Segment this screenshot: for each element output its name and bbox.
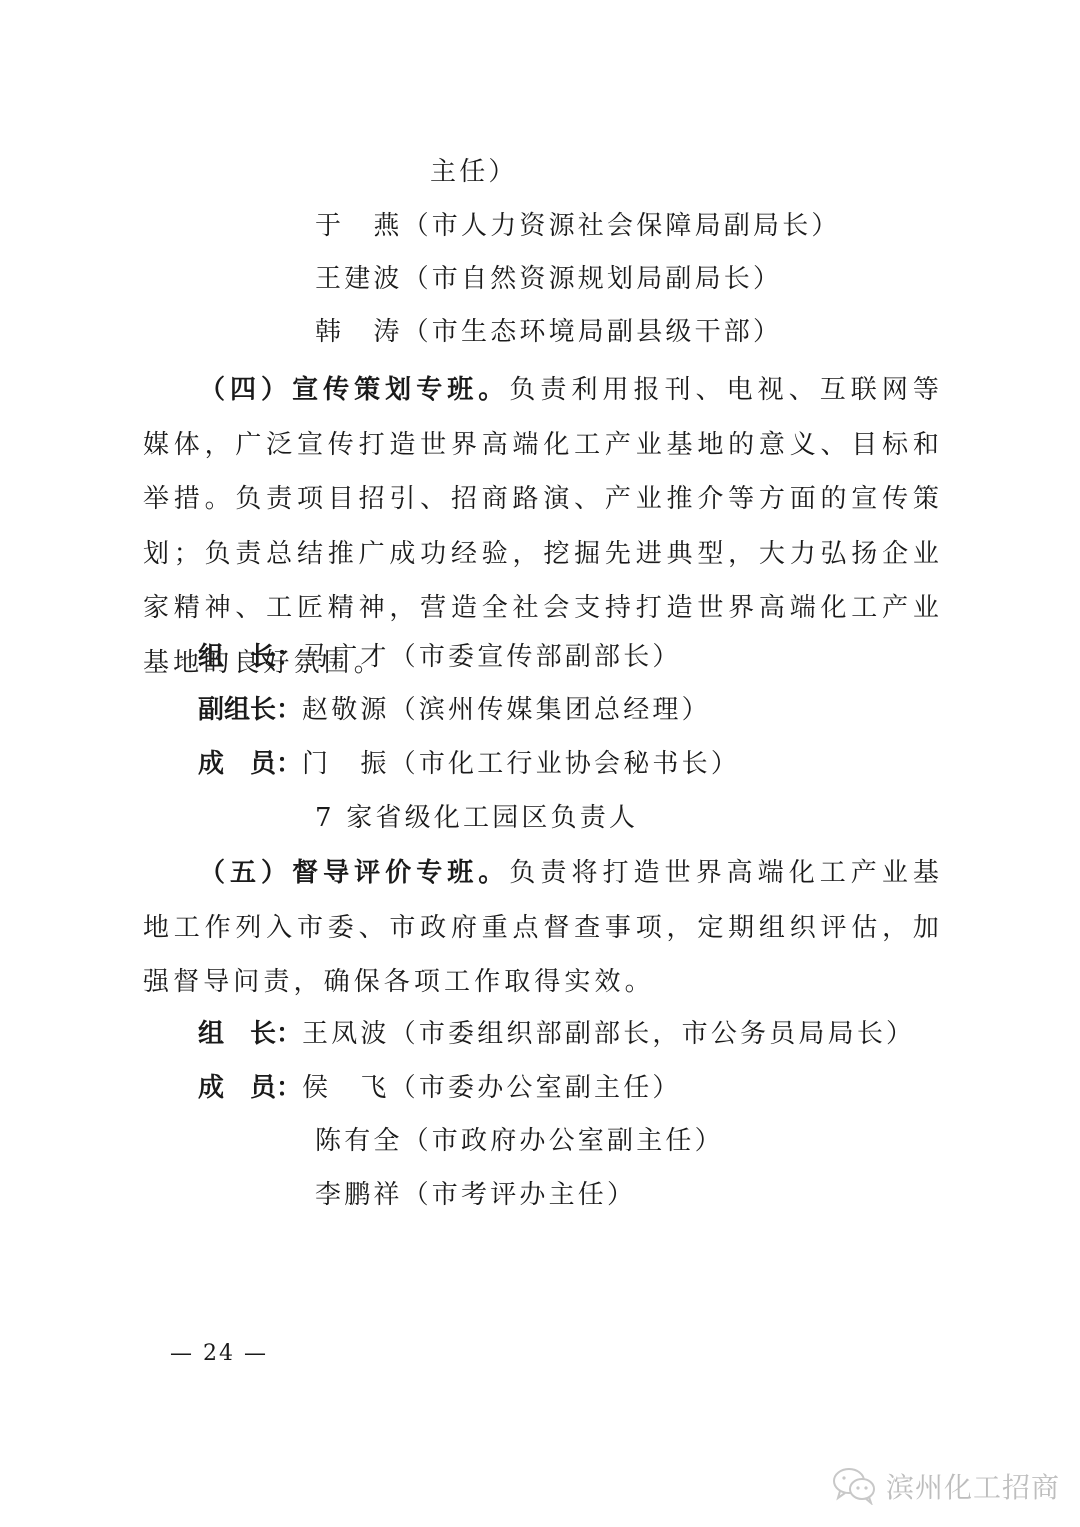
section-4-body: 负责利用报刊、电视、互联网等媒体，广泛宣传打造世界高端化工产业基地的意义、目标和… — [143, 375, 943, 678]
member-line: 于 燕（市人力资源社会保障局副局长） — [315, 209, 841, 243]
section-4-deputy: 副组长：赵敬源（滨州传媒集团总经理） — [198, 693, 711, 727]
section-5-leader: 组 长：王凤波（市委组织部副部长，市公务员局局长） — [198, 1017, 915, 1051]
member-line: 韩 涛（市生态环境局副县级干部） — [315, 315, 782, 349]
wechat-icon — [832, 1467, 878, 1505]
member-line: 7 家省级化工园区负责人 — [315, 801, 638, 835]
member-line: 李鹏祥（市考评办主任） — [315, 1178, 636, 1212]
members-label: 成 员： — [198, 1071, 302, 1105]
leader-value: 马广才（市委宣传部副部长） — [302, 642, 682, 672]
member-title: （市自然资源规划局副局长） — [403, 264, 783, 294]
section-5-heading: （五）督导评价专班。 — [198, 858, 509, 888]
member-title: （市人力资源社会保障局副局长） — [403, 211, 841, 241]
member-name: 王建波 — [315, 264, 403, 294]
deputy-value: 赵敬源（滨州传媒集团总经理） — [302, 695, 711, 725]
continuation-line: 主任） — [430, 155, 518, 189]
leader-label: 组 长： — [198, 1017, 302, 1051]
member-name: 于 燕 — [315, 211, 403, 241]
member-line: 王建波（市自然资源规划局副局长） — [315, 262, 782, 296]
member-line: 陈有全（市政府办公室副主任） — [315, 1124, 724, 1158]
section-4-members: 成 员：门 振（市化工行业协会秘书长） — [198, 747, 740, 781]
member-value: 门 振（市化工行业协会秘书长） — [302, 749, 740, 779]
watermark: 滨州化工招商 — [832, 1466, 1060, 1506]
member-title: （市生态环境局副县级干部） — [403, 317, 783, 347]
page-number: — 24 — — [170, 1340, 268, 1368]
section-4-heading: （四）宣传策划专班。 — [198, 375, 509, 405]
member-value: 侯 飞（市委办公室副主任） — [302, 1073, 682, 1103]
section-5-members: 成 员：侯 飞（市委办公室副主任） — [198, 1071, 682, 1105]
member-name: 韩 涛 — [315, 317, 403, 347]
section-5-paragraph: （五）督导评价专班。负责将打造世界高端化工产业基地工作列入市委、市政府重点督查事… — [143, 846, 943, 1010]
leader-label: 组 长： — [198, 640, 302, 674]
leader-value: 王凤波（市委组织部副部长，市公务员局局长） — [302, 1019, 915, 1049]
members-label: 成 员： — [198, 747, 302, 781]
deputy-label: 副组长： — [198, 693, 302, 727]
watermark-text: 滨州化工招商 — [886, 1466, 1060, 1506]
section-4-leader: 组 长：马广才（市委宣传部副部长） — [198, 640, 682, 674]
